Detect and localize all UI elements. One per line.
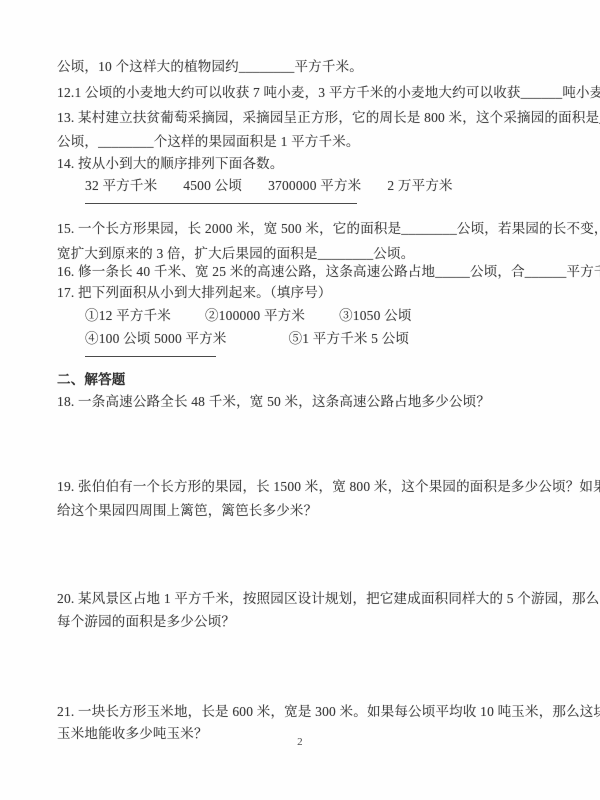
question-15-line-2: 宽扩大到原来的 3 倍，扩大后果园的面积是________公顷。	[57, 242, 414, 262]
question-21-line-1: 21. 一块长方形玉米地，长是 600 米，宽是 300 米。如果每公顷平均收 …	[57, 700, 600, 720]
q14-item: 2 万平方米	[387, 174, 452, 194]
question-13-line-2: 公顷，________个这样的果园面积是 1 平方千米。	[57, 130, 360, 150]
section-2-header: 二、解答题	[57, 368, 126, 388]
page-number: 2	[0, 736, 600, 748]
worksheet-page: 公顷，10 个这样大的植物园约________平方千米。 12.1 公顷的小麦地…	[0, 0, 600, 800]
q17-option: ④100 公顷 5000 平方米	[85, 327, 227, 347]
question-19-line-2: 给这个果园四周围上篱笆，篱笆长多少米？	[57, 499, 317, 519]
answer-line	[85, 356, 216, 357]
question-14: 14. 按从小到大的顺序排列下面各数。	[57, 152, 284, 172]
question-12: 12.1 公顷的小麦地大约可以收获 7 吨小麦，3 平方千米的小麦地大约可以收获…	[57, 81, 600, 101]
question-11-continuation: 公顷，10 个这样大的植物园约________平方千米。	[57, 55, 363, 75]
question-14-number-list: 32 平方千米 4500 公顷 3700000 平方米 2 万平方米	[85, 174, 453, 194]
question-17-options-row-1: ①12 平方千米 ②100000 平方米 ③1050 公顷	[85, 304, 412, 324]
q17-option: ③1050 公顷	[339, 304, 411, 324]
question-16: 16. 修一条长 40 千米、宽 25 米的高速公路，这条高速公路占地_____…	[57, 260, 600, 280]
question-13-line-1: 13. 某村建立扶贫葡萄采摘园，采摘园呈正方形，它的周长是 800 米，这个采摘…	[57, 106, 600, 126]
q17-option: ⑤1 平方千米 5 公顷	[289, 327, 410, 347]
q17-option: ①12 平方千米	[85, 304, 171, 324]
q14-item: 32 平方千米	[85, 174, 157, 194]
answer-line	[85, 203, 357, 204]
question-15-line-1: 15. 一个长方形果园，长 2000 米，宽 500 米，它的面积是______…	[57, 217, 600, 237]
q17-option: ②100000 平方米	[205, 304, 305, 324]
question-17-options-row-2: ④100 公顷 5000 平方米 ⑤1 平方千米 5 公顷	[85, 327, 409, 347]
question-17: 17. 把下列面积从小到大排列起来。（填序号）	[57, 281, 332, 301]
q14-item: 4500 公顷	[183, 174, 242, 194]
q14-item: 3700000 平方米	[268, 174, 361, 194]
question-18: 18. 一条高速公路全长 48 千米，宽 50 米，这条高速公路占地多少公顷？	[57, 390, 490, 410]
question-19-line-1: 19. 张伯伯有一个长方形的果园，长 1500 米，宽 800 米，这个果园的面…	[57, 475, 600, 495]
question-20-line-2: 每个游园的面积是多少公顷？	[57, 610, 235, 630]
question-20-line-1: 20. 某风景区占地 1 平方千米，按照园区设计规划，把它建成面积同样大的 5 …	[57, 587, 599, 607]
